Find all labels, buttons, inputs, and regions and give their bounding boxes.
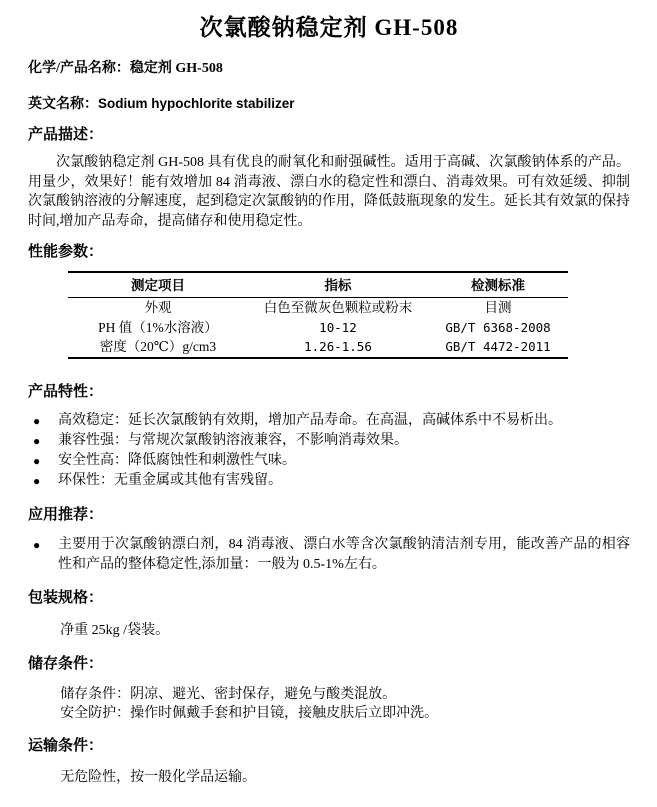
parameters-table: 测定项目 指标 检测标准 外观 白色至微灰色颗粒或粉末 目测 PH 值（1%水溶… (68, 271, 568, 359)
feature-item: ●高效稳定：延长次氯酸钠有效期，增加产品寿命。在高温，高碱体系中不易析出。 (28, 411, 630, 431)
packaging-text: 净重 25kg /袋装。 (28, 621, 630, 640)
bullet-icon: ● (33, 451, 40, 471)
bullet-icon: ● (33, 431, 40, 451)
table-cell-spec: 1.26-1.56 (248, 337, 428, 358)
feature-item: ●环保性：无重金属或其他有害残留。 (28, 471, 630, 491)
application-list: ●主要用于次氯酸钠漂白剂，84 消毒液、漂白水等含次氯酸钠清洁剂专用，能改善产品… (28, 535, 630, 575)
table-cell-spec: 白色至微灰色颗粒或粉末 (248, 298, 428, 318)
document-page: 次氯酸钠稳定剂 GH-508 化学/产品名称：稳定剂 GH-508 英文名称：S… (0, 0, 657, 807)
transport-text: 无危险性，按一般化学品运输。 (28, 768, 630, 787)
features-list: ●高效稳定：延长次氯酸钠有效期，增加产品寿命。在高温，高碱体系中不易析出。 ●兼… (28, 411, 630, 491)
table-row: 密度（20℃）g/cm3 1.26-1.56 GB/T 4472-2011 (68, 337, 568, 358)
storage-line: 安全防护：操作时佩戴手套和护目镜，接触皮肤后立即冲洗。 (28, 704, 630, 723)
table-cell-item: PH 值（1%水溶液） (68, 318, 248, 338)
table-cell-spec: 10-12 (248, 318, 428, 338)
application-item: ●主要用于次氯酸钠漂白剂，84 消毒液、漂白水等含次氯酸钠清洁剂专用，能改善产品… (28, 535, 630, 575)
storage-lines: 储存条件：阴凉、避光、密封保存，避免与酸类混放。 安全防护：操作时佩戴手套和护目… (28, 685, 630, 723)
page-title: 次氯酸钠稳定剂 GH-508 (28, 14, 630, 42)
feature-text: 环保性：无重金属或其他有害残留。 (58, 473, 282, 488)
chemical-name-label: 化学/产品名称： (28, 61, 130, 76)
table-cell-item: 外观 (68, 298, 248, 318)
table-cell-standard: GB/T 6368-2008 (428, 318, 568, 338)
section-heading-packaging: 包装规格： (28, 590, 630, 607)
bullet-icon: ● (33, 411, 40, 431)
field-chemical-name: 化学/产品名称：稳定剂 GH-508 (28, 61, 630, 77)
table-header-spec: 指标 (248, 272, 428, 298)
table-row: 外观 白色至微灰色颗粒或粉末 目测 (68, 298, 568, 318)
table-cell-standard: GB/T 4472-2011 (428, 337, 568, 358)
storage-line: 储存条件：阴凉、避光、密封保存，避免与酸类混放。 (28, 685, 630, 704)
section-heading-description: 产品描述： (28, 127, 630, 144)
bullet-icon: ● (33, 471, 40, 491)
chemical-name-value: 稳定剂 GH-508 (130, 61, 223, 76)
feature-text: 安全性高：降低腐蚀性和刺激性气味。 (58, 453, 296, 468)
english-name-value: Sodium hypochlorite stabilizer (98, 96, 295, 111)
feature-text: 兼容性强：与常规次氯酸钠溶液兼容，不影响消毒效果。 (58, 433, 408, 448)
table-header-standard: 检测标准 (428, 272, 568, 298)
table-cell-item: 密度（20℃）g/cm3 (68, 337, 248, 358)
feature-text: 高效稳定：延长次氯酸钠有效期，增加产品寿命。在高温，高碱体系中不易析出。 (58, 413, 562, 428)
table-header-item: 测定项目 (68, 272, 248, 298)
table-cell-standard: 目测 (428, 298, 568, 318)
application-text: 主要用于次氯酸钠漂白剂，84 消毒液、漂白水等含次氯酸钠清洁剂专用，能改善产品的… (58, 537, 630, 572)
table-header-row: 测定项目 指标 检测标准 (68, 272, 568, 298)
english-name-label: 英文名称： (28, 97, 98, 112)
section-heading-storage: 储存条件： (28, 656, 630, 673)
bullet-icon: ● (33, 535, 40, 555)
feature-item: ●兼容性强：与常规次氯酸钠溶液兼容，不影响消毒效果。 (28, 431, 630, 451)
description-paragraph: 次氯酸钠稳定剂 GH-508 具有优良的耐氧化和耐强碱性。适用于高碱、次氯酸钠体… (28, 153, 630, 231)
feature-item: ●安全性高：降低腐蚀性和刺激性气味。 (28, 451, 630, 471)
field-english-name: 英文名称：Sodium hypochlorite stabilizer (28, 96, 630, 113)
section-heading-application: 应用推荐： (28, 507, 630, 524)
table-row: PH 值（1%水溶液） 10-12 GB/T 6368-2008 (68, 318, 568, 338)
section-heading-parameters: 性能参数： (28, 244, 630, 261)
section-heading-transport: 运输条件： (28, 738, 630, 755)
section-heading-features: 产品特性： (28, 384, 630, 401)
